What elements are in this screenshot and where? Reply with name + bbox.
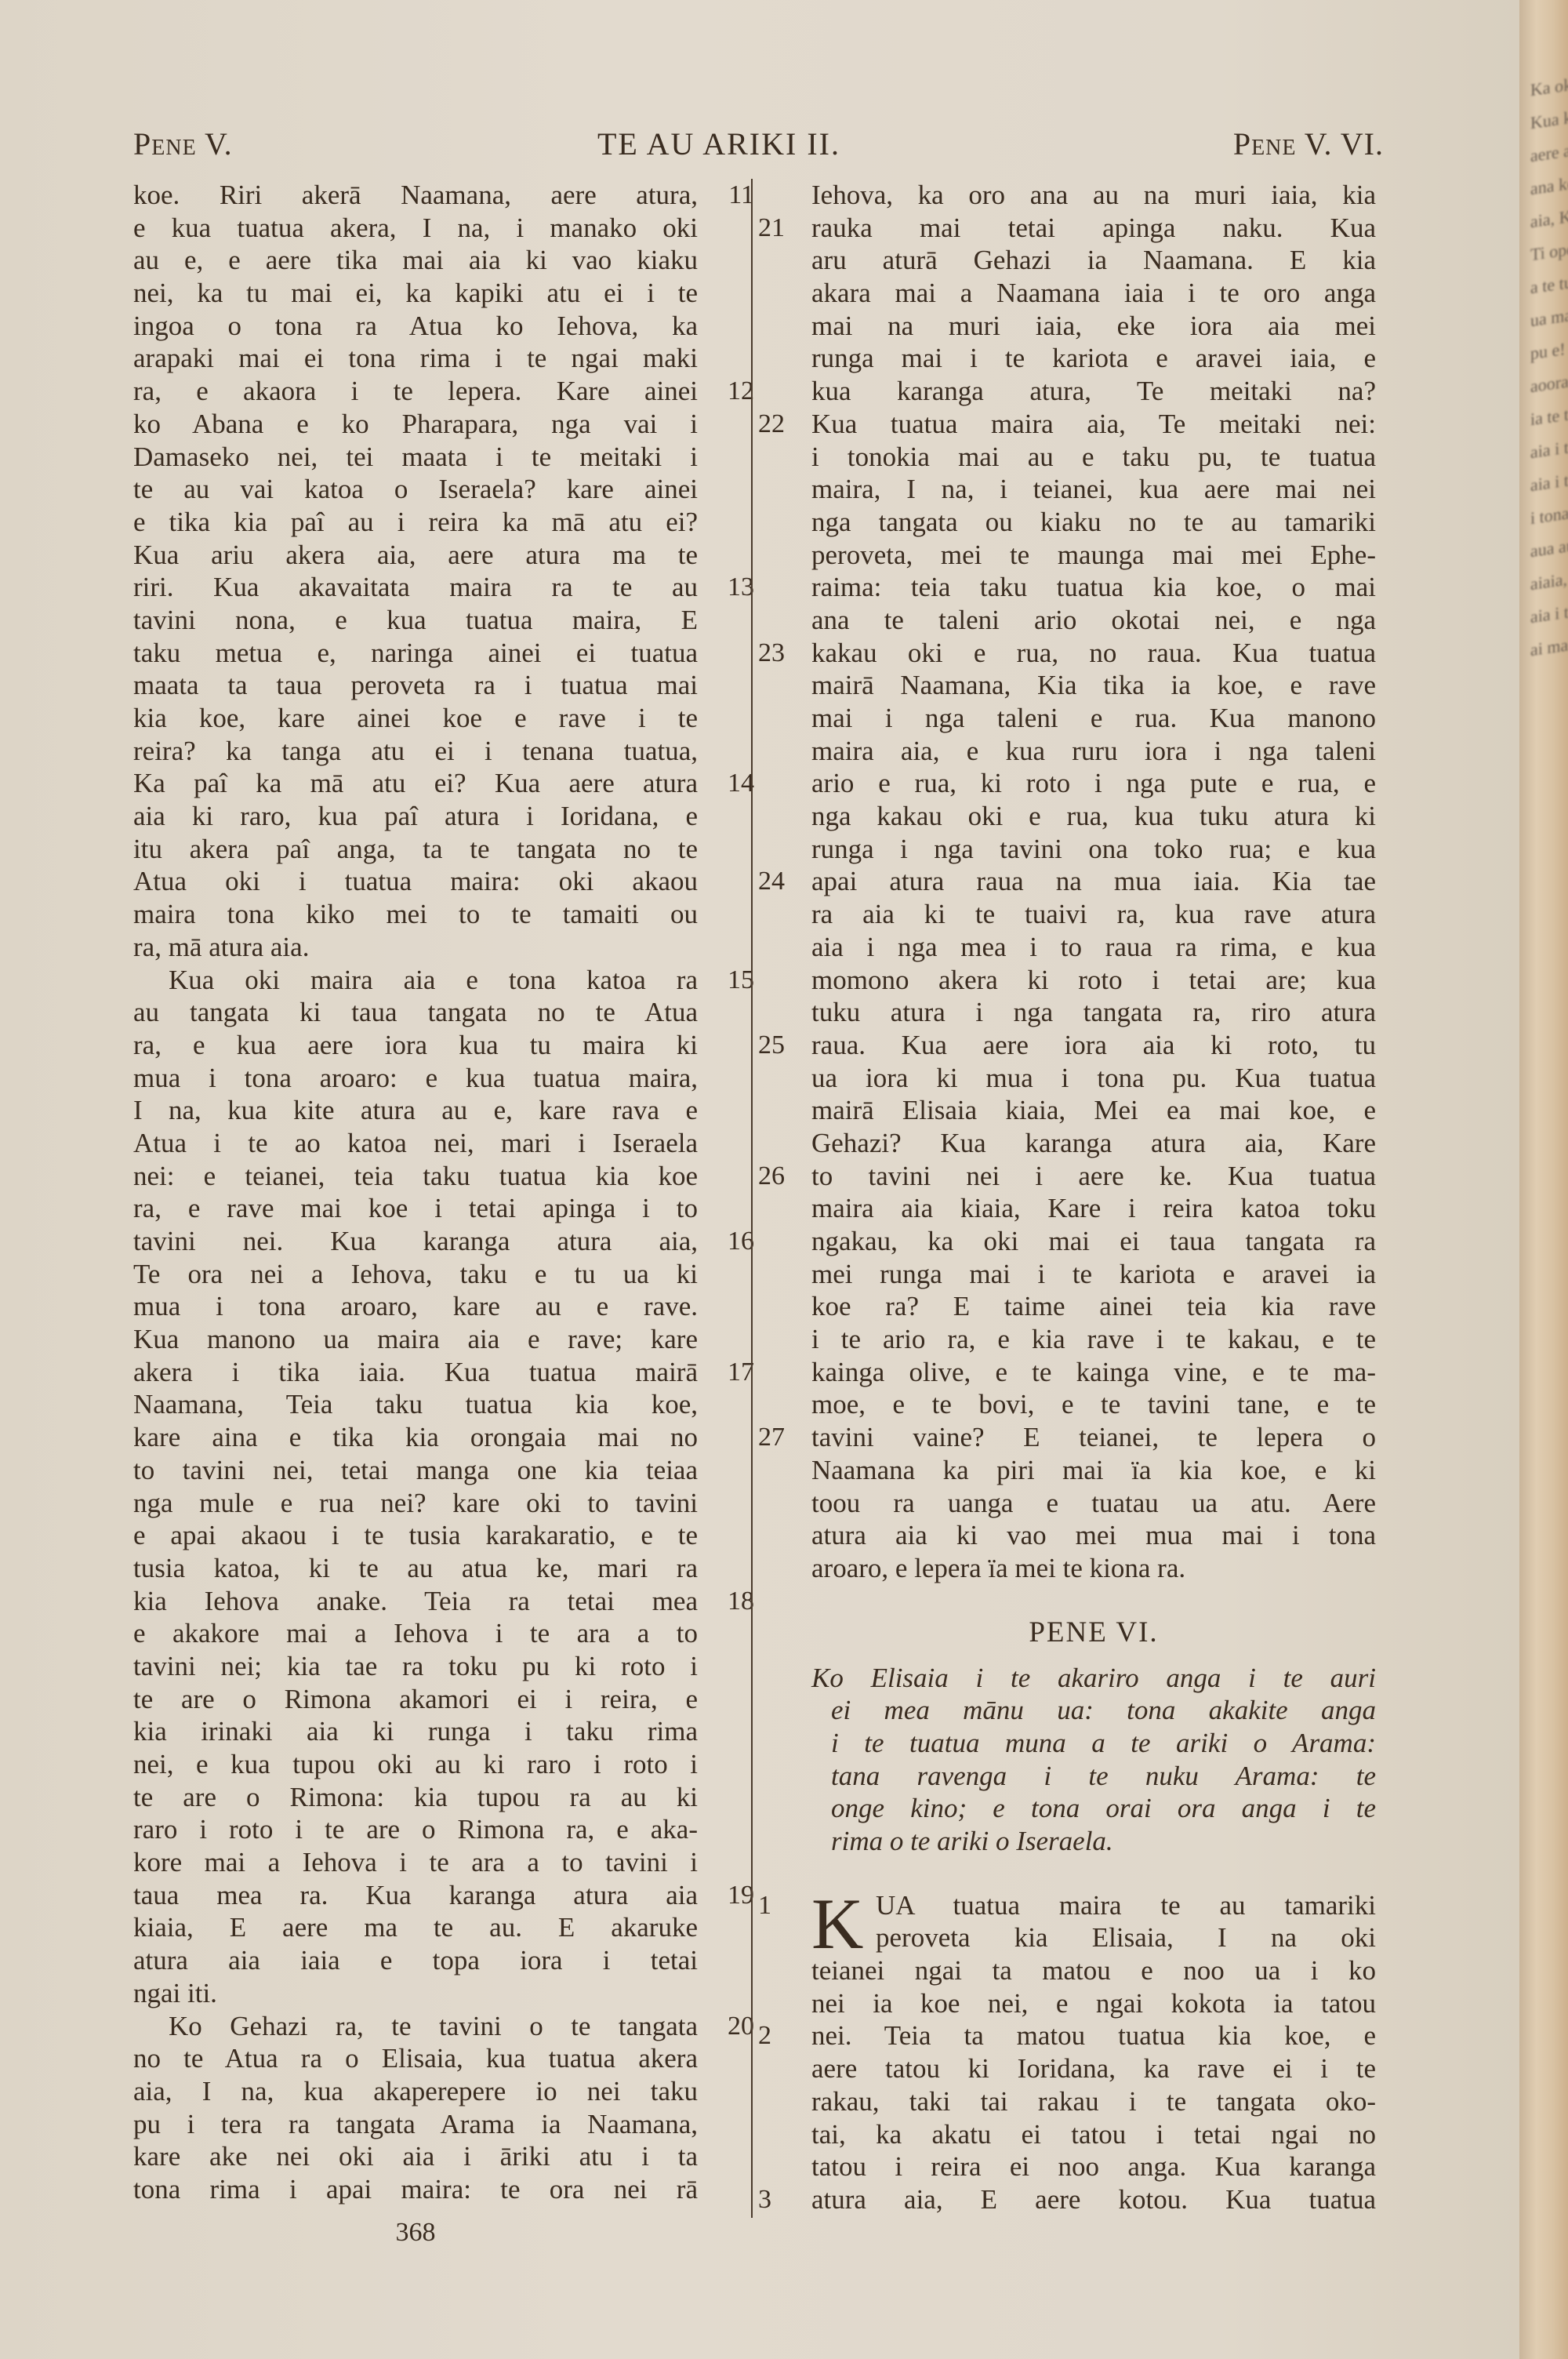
- text-line: kakau oki e rua, no raua. Kua tuatua23: [811, 637, 1376, 670]
- line-text: aru aturā Gehazi ia Naamana. E kia: [811, 245, 1376, 275]
- text-line: nei. Teia ta matou tuatua kia koe, e2: [811, 2019, 1376, 2052]
- text-line: moe, e te bovi, e te tavini tane, e te: [811, 1388, 1376, 1421]
- text-line: ua iora ki mua i tona pu. Kua tuatua: [811, 1062, 1376, 1095]
- text-line: aere tatou ki Ioridana, ka rave ei i te: [811, 2052, 1376, 2085]
- line-text: taua mea ra. Kua karanga atura aia: [133, 1880, 698, 1910]
- verse-number: 13: [728, 571, 754, 604]
- line-text: ana te taleni ario okotai nei, e nga: [811, 605, 1376, 635]
- facing-page-line: aia, Kua t: [1530, 199, 1568, 238]
- line-text: ra, e akaora i te lepera. Kare ainei: [133, 376, 698, 406]
- line-text: riri. Kua akavaitata maira ra te au: [133, 572, 698, 602]
- line-text: runga mai i te kariota e aravei iaia, e: [811, 343, 1376, 373]
- verse-number: 2: [758, 2019, 771, 2052]
- line-text: peroveta kia Elisaia, I na oki: [876, 1922, 1376, 1953]
- line-text: e akakore mai a Iehova i te ara a to: [133, 1618, 698, 1648]
- line-text: tona rima i apai maira: te ora nei rā: [133, 2174, 698, 2205]
- line-text: mua i tona aroaro, kare au e rave.: [133, 1291, 698, 1321]
- text-line: au e, e aere tika mai aia ki vao kiaku: [133, 244, 698, 277]
- text-line: toou ra uanga e tuatau ua atu. Aere: [811, 1487, 1376, 1520]
- line-text: rakau, taki tai rakau i te tangata oko-: [811, 2086, 1376, 2117]
- text-line: tusia katoa, ki te au atua ke, mari ra: [133, 1552, 698, 1585]
- text-line: arapaki mai ei tona rima i te ngai maki: [133, 342, 698, 375]
- text-line: nei, ka tu mai ei, ka kapiki atu ei i te: [133, 277, 698, 310]
- text-line: pu i tera ra tangata Arama ia Naamana,: [133, 2108, 698, 2141]
- line-text: ua iora ki mua i tona pu. Kua tuatua: [811, 1063, 1376, 1093]
- text-line: Naamana, Teia taku tuatua kia koe,: [133, 1388, 698, 1421]
- text-line: ana te taleni ario okotai nei, e nga: [811, 604, 1376, 637]
- text-line: raima: teia taku tuatua kia koe, o mai: [811, 571, 1376, 604]
- text-line: itu akera paî anga, ta te tangata no te: [133, 833, 698, 866]
- text-line: te au vai katoa o Iseraela? kare ainei: [133, 473, 698, 506]
- running-head-left: Pene V.: [133, 125, 233, 162]
- line-text: kare ake nei oki aia i āriki atu i ta: [133, 2141, 698, 2172]
- line-text: koe. Riri akerā Naamana, aere atura,: [133, 180, 698, 210]
- text-line: nei ia koe nei, e ngai kokota ia tatou: [811, 1987, 1376, 2020]
- line-text: Te ora nei a Iehova, taku e tu ua ki: [133, 1259, 698, 1289]
- line-text: i te ario ra, e kia rave i te kakau, e t…: [811, 1324, 1376, 1354]
- text-line: ngai iti.: [133, 1977, 698, 2010]
- line-text: toou ra uanga e tuatau ua atu. Aere: [811, 1488, 1376, 1518]
- facing-page-line: ana kotou: [1530, 166, 1568, 205]
- text-line: UA tuatua maira te au tamariki1: [811, 1889, 1376, 1922]
- text-line: taku metua e, naringa ainei ei tuatua: [133, 637, 698, 670]
- line-text: maira tona kiko mei to te tamaiti ou: [133, 899, 698, 929]
- summary-line: tana ravenga i te nuku Arama: te: [811, 1760, 1376, 1793]
- line-text: koe ra? E taime ainei teia kia rave: [811, 1291, 1376, 1321]
- text-line: mua i tona aroaro, kare au e rave.: [133, 1290, 698, 1323]
- line-text: raro i roto i te are o Rimona ra, e aka-: [133, 1814, 698, 1845]
- text-line: raua. Kua aere iora aia ki roto, tu25: [811, 1029, 1376, 1062]
- line-text: Damaseko nei, tei maata i te meitaki i: [133, 442, 698, 472]
- text-line: apai atura raua na mua iaia. Kia tae24: [811, 865, 1376, 898]
- line-text: Iehova, ka oro ana au na muri iaia, kia: [811, 180, 1376, 210]
- line-text: ra aia ki te tuaivi ra, kua rave atura: [811, 899, 1376, 929]
- line-text: ra, mā atura aia.: [133, 932, 309, 962]
- line-text: te au vai katoa o Iseraela? kare ainei: [133, 474, 698, 504]
- text-line: ra, e akaora i te lepera. Kare ainei12: [133, 375, 698, 408]
- text-line: Te ora nei a Iehova, taku e tu ua ki: [133, 1258, 698, 1291]
- line-text: aia i nga mea i to raua ra rima, e kua: [811, 932, 1376, 962]
- line-text: atura aia ki vao mei mua mai i tona: [811, 1520, 1376, 1550]
- text-line: kainga olive, e te kainga vine, e te ma-: [811, 1356, 1376, 1389]
- text-line: tatou i reira ei noo anga. Kua karanga: [811, 2150, 1376, 2183]
- text-line: kiaia, E aere ma te au. E akaruke: [133, 1911, 698, 1944]
- book-page: Pene V. TE AU ARIKI II. Pene V. VI. koe.…: [0, 0, 1519, 2359]
- text-line: mai i nga taleni e rua. Kua manono: [811, 702, 1376, 735]
- text-line: Ka paî ka mā atu ei? Kua aere atura14: [133, 767, 698, 800]
- line-text: ra, e rave mai koe i tetai apinga i to: [133, 1193, 698, 1223]
- text-line: ra, e rave mai koe i tetai apinga i to: [133, 1192, 698, 1225]
- line-text: i tonokia mai au e taku pu, te tuatua: [811, 442, 1376, 472]
- line-text: tavini nei; kia tae ra toku pu ki roto i: [133, 1651, 698, 1681]
- text-line: tuku atura i nga tangata ra, riro atura: [811, 996, 1376, 1029]
- line-text: Ka paî ka mā atu ei? Kua aere atura: [133, 768, 698, 798]
- text-line: Ko Gehazi ra, te tavini o te tangata20: [133, 2010, 698, 2043]
- line-text: kua karanga atura, Te meitaki na?: [811, 376, 1376, 406]
- text-line: no te Atua ra o Elisaia, kua tuatua aker…: [133, 2042, 698, 2075]
- text-line: Iehova, ka oro ana au na muri iaia, kia: [811, 179, 1376, 212]
- line-text: moe, e te bovi, e te tavini tane, e te: [811, 1389, 1376, 1419]
- facing-page-line: ai maira te: [1530, 627, 1568, 667]
- verse-number: 21: [758, 212, 785, 245]
- text-line: ario e rua, ki roto i nga pute e rua, e: [811, 767, 1376, 800]
- line-text: tai, ka akatu ei tatou i tetai ngai no: [811, 2119, 1376, 2150]
- summary-line: Ko Elisaia i te akariro anga i te auri: [811, 1662, 1376, 1695]
- facing-page-line: pu e! e me: [1530, 331, 1568, 370]
- line-text: atura aia, E aere kotou. Kua tuatua: [811, 2184, 1376, 2215]
- facing-page-line: Ka oka: [1530, 67, 1568, 107]
- line-text: tatou i reira ei noo anga. Kua karanga: [811, 2151, 1376, 2182]
- text-line: e tika kia paî au i reira ka mā atu ei?: [133, 506, 698, 539]
- text-line: Kua tuatua maira aia, Te meitaki nei:22: [811, 408, 1376, 441]
- text-line: kare aina e tika kia orongaia mai no: [133, 1421, 698, 1454]
- text-line: taua mea ra. Kua karanga atura aia19: [133, 1879, 698, 1912]
- text-line: tona rima i apai maira: te ora nei rā: [133, 2173, 698, 2206]
- facing-page-line: aia i tona rima: [1530, 594, 1568, 634]
- line-text: nei, ka tu mai ei, ka kapiki atu ei i te: [133, 278, 698, 308]
- facing-page-line: aoora taua: [1530, 364, 1568, 403]
- text-line: peroveta, mei te maunga mai mei Ephe-: [811, 539, 1376, 572]
- text-line: ko Abana e ko Pharapara, nga vai i: [133, 408, 698, 441]
- text-line: te are o Rimona: kia tupou ra au ki: [133, 1781, 698, 1814]
- line-text: kainga olive, e te kainga vine, e te ma-: [811, 1357, 1376, 1387]
- text-line: raro i roto i te are o Rimona ra, e aka-: [133, 1813, 698, 1846]
- line-text: maira aia, e kua ruru iora i nga taleni: [811, 736, 1376, 766]
- text-line: maira aia, e kua ruru iora i nga taleni: [811, 735, 1376, 768]
- line-text: kia irinaki aia ki runga i taku rima: [133, 1716, 698, 1747]
- line-text: mei runga mai i te kariota e aravei ia: [811, 1259, 1376, 1289]
- running-head-title: TE AU ARIKI II.: [597, 125, 840, 162]
- text-line: aru aturā Gehazi ia Naamana. E kia: [811, 244, 1376, 277]
- text-line: maira, I na, i teianei, kua aere mai nei: [811, 473, 1376, 506]
- verse-number: 15: [728, 964, 754, 997]
- verse-number: 1: [758, 1889, 771, 1922]
- text-line: tavini nei; kia tae ra toku pu ki roto i: [133, 1650, 698, 1683]
- facing-page-line: aia i tetai: [1530, 463, 1568, 502]
- text-line: ngakau, ka oki mai ei taua tangata ra: [811, 1225, 1376, 1258]
- line-text: e tika kia paî au i reira ka mā atu ei?: [133, 507, 698, 537]
- line-text: atura aia iaia e topa iora i tetai: [133, 1945, 698, 1976]
- chapter-heading: PENE VI.: [811, 1616, 1376, 1652]
- line-text: tuku atura i nga tangata ra, riro atura: [811, 997, 1376, 1027]
- line-text: au e, e aere tika mai aia ki vao kiaku: [133, 245, 698, 275]
- line-text: to tavini nei, tetai manga one kia teiaa: [133, 1455, 698, 1485]
- line-text: kore mai a Iehova i te ara a to tavini i: [133, 1847, 698, 1877]
- text-line: koe. Riri akerā Naamana, aere atura,11: [133, 179, 698, 212]
- facing-page-line: aiaia, Ka ra: [1530, 562, 1568, 601]
- text-line: nei: e teianei, teia taku tuatua kia koe: [133, 1160, 698, 1193]
- text-line: tai, ka akatu ei tatou i tetai ngai no: [811, 2118, 1376, 2151]
- text-line: aia ki raro, kua paî atura i Ioridana, e: [133, 800, 698, 833]
- verse-number: 20: [728, 2010, 754, 2043]
- running-head-right: Pene V. VI.: [1233, 125, 1384, 162]
- line-text: ario e rua, ki roto i nga pute e rua, e: [811, 768, 1376, 798]
- verse-number: 23: [758, 637, 785, 670]
- line-text: au tangata ki taua tangata no te Atua: [133, 997, 698, 1027]
- text-line: akera i tika iaia. Kua tuatua mairā17: [133, 1356, 698, 1389]
- facing-page-line: Ti ope ra te: [1530, 232, 1568, 271]
- text-line: e apai akaou i te tusia karakaratio, e t…: [133, 1519, 698, 1552]
- line-text: akera i tika iaia. Kua tuatua mairā: [133, 1357, 698, 1387]
- line-text: taku metua e, naringa ainei ei tuatua: [133, 638, 698, 668]
- right-column: Iehova, ka oro ana au na muri iaia, kiar…: [811, 179, 1376, 2216]
- text-line: tavini nei. Kua karanga atura aia,16: [133, 1225, 698, 1258]
- text-line: peroveta kia Elisaia, I na oki: [811, 1921, 1376, 1954]
- text-line: Kua ariu akera aia, aere atura ma te: [133, 539, 698, 572]
- line-text: raua. Kua aere iora aia ki roto, tu: [811, 1030, 1376, 1060]
- text-line: nga mule e rua nei? kare oki to tavini: [133, 1487, 698, 1520]
- line-text: arapaki mai ei tona rima i te ngai maki: [133, 343, 698, 373]
- text-line: mairā Naamana, Kia tika ia koe, e rave: [811, 669, 1376, 702]
- text-line: koe ra? E taime ainei teia kia rave: [811, 1290, 1376, 1323]
- text-line: Atua i te ao katoa nei, mari i Iseraela: [133, 1127, 698, 1160]
- text-line: to tavini nei i aere ke. Kua tuatua26: [811, 1160, 1376, 1193]
- line-text: Kua ariu akera aia, aere atura ma te: [133, 540, 698, 570]
- line-text: maira aia kiaia, Kare i reira katoa toku: [811, 1193, 1376, 1223]
- text-line: aia i nga mea i to raua ra rima, e kua: [811, 931, 1376, 964]
- verse-number: 16: [728, 1225, 754, 1258]
- line-text: mai i nga taleni e rua. Kua manono: [811, 703, 1376, 733]
- line-text: nei ia koe nei, e ngai kokota ia tatou: [811, 1988, 1376, 2019]
- text-line: Atua oki i tuatua maira: oki akaou: [133, 865, 698, 898]
- text-line: to tavini nei, tetai manga one kia teiaa: [133, 1454, 698, 1487]
- text-line: nei, e kua tupou oki au ki raro i roto i: [133, 1748, 698, 1781]
- line-text: mairā Naamana, Kia tika ia koe, e rave: [811, 670, 1376, 700]
- text-line: i te ario ra, e kia rave i te kakau, e t…: [811, 1323, 1376, 1356]
- line-text: Atua oki i tuatua maira: oki akaou: [133, 866, 698, 896]
- line-text: rauka mai tetai apinga naku. Kua: [811, 213, 1376, 243]
- text-line: ra, mā atura aia.: [133, 931, 698, 964]
- line-text: ingoa o tona ra Atua ko Iehova, ka: [133, 311, 698, 341]
- text-line: aroaro, e lepera ïa mei te kiona ra.: [811, 1552, 1376, 1585]
- text-line: te are o Rimona akamori ei i reira, e: [133, 1683, 698, 1716]
- facing-page-line: ia te topa ang: [1530, 397, 1568, 436]
- text-line: teianei ngai ta matou e noo ua i ko: [811, 1954, 1376, 1987]
- text-line: maira aia kiaia, Kare i reira katoa toku: [811, 1192, 1376, 1225]
- line-text: nga tangata ou kiaku no te au tamariki: [811, 507, 1376, 537]
- line-text: aroaro, e lepera ïa mei te kiona ra.: [811, 1553, 1185, 1583]
- line-text: tavini nona, e kua tuatua maira, E: [133, 605, 698, 635]
- facing-page-line: aua auri ra.: [1530, 529, 1568, 568]
- text-line: mai na muri iaia, eke iora aia mei: [811, 310, 1376, 343]
- text-line: runga mai i te kariota e aravei iaia, e: [811, 342, 1376, 375]
- text-line: i tonokia mai au e taku pu, te tuatua: [811, 441, 1376, 474]
- line-text: Kua oki maira aia e tona katoa ra: [169, 965, 698, 995]
- line-text: I na, kua kite atura au e, kare rava e: [133, 1095, 698, 1125]
- line-text: nei. Teia ta matou tuatua kia koe, e: [811, 2020, 1376, 2051]
- verse-number: 19: [728, 1879, 754, 1912]
- line-text: Naamana, Teia taku tuatua kia koe,: [133, 1389, 698, 1419]
- line-text: peroveta, mei te maunga mai mei Ephe-: [811, 540, 1376, 570]
- text-line: nga tangata ou kiaku no te au tamariki: [811, 506, 1376, 539]
- text-line: kia irinaki aia ki runga i taku rima: [133, 1715, 698, 1748]
- line-text: mai na muri iaia, eke iora aia mei: [811, 311, 1376, 341]
- line-text: to tavini nei i aere ke. Kua tuatua: [811, 1161, 1376, 1191]
- line-text: reira? ka tanga atu ei i tenana tuatua,: [133, 736, 698, 766]
- line-text: kare aina e tika kia orongaia mai no: [133, 1422, 698, 1452]
- text-line: mairā Elisaia kiaia, Mei ea mai koe, e: [811, 1094, 1376, 1127]
- line-text: e kua tuatua akera, I na, i manako oki: [133, 213, 698, 243]
- summary-line: i te tuatua muna a te ariki o Arama:: [811, 1727, 1376, 1760]
- line-text: nga kakau oki e rua, kua tuku atura ki: [811, 801, 1376, 831]
- line-text: kiaia, E aere ma te au. E akaruke: [133, 1912, 698, 1943]
- facing-page-edge: Ka okaKua karaere au.ana kotouaia, Kua t…: [1519, 0, 1568, 2359]
- text-line: rakau, taki tai rakau i te tangata oko-: [811, 2085, 1376, 2118]
- facing-page-line: ua maira,: [1530, 298, 1568, 337]
- text-line: mua i tona aroaro: e kua tuatua maira,: [133, 1062, 698, 1095]
- line-text: e apai akaou i te tusia karakaratio, e t…: [133, 1520, 698, 1550]
- line-text: mua i tona aroaro: e kua tuatua maira,: [133, 1063, 698, 1093]
- line-text: tusia katoa, ki te au atua ke, mari ra: [133, 1553, 698, 1583]
- text-line: atura aia ki vao mei mua mai i tona: [811, 1519, 1376, 1552]
- line-text: Kua manono ua maira aia e rave; kare: [133, 1324, 698, 1354]
- line-text: pu i tera ra tangata Arama ia Naamana,: [133, 2109, 698, 2139]
- verse-number: 27: [758, 1421, 785, 1454]
- text-line: maira tona kiko mei to te tamaiti ou: [133, 898, 698, 931]
- text-line: maata ta taua peroveta ra i tuatua mai: [133, 669, 698, 702]
- verse-number: 14: [728, 767, 754, 800]
- text-line: reira? ka tanga atu ei i tenana tuatua,: [133, 735, 698, 768]
- verse-number: 26: [758, 1160, 785, 1193]
- line-text: te are o Rimona akamori ei i reira, e: [133, 1684, 698, 1714]
- verse-number: 12: [728, 375, 754, 408]
- chapter-summary: Ko Elisaia i te akariro anga i te auriei…: [811, 1662, 1376, 1858]
- verse-number: 24: [758, 865, 785, 898]
- line-text: Gehazi? Kua karanga atura aia, Kare: [811, 1128, 1376, 1158]
- summary-line: onge kino; e tona orai ora anga i te: [811, 1792, 1376, 1825]
- text-line: e kua tuatua akera, I na, i manako oki: [133, 212, 698, 245]
- text-line: ra aia ki te tuaivi ra, kua rave atura: [811, 898, 1376, 931]
- page-number: 368: [0, 2218, 831, 2248]
- line-text: Naamana ka piri mai ïa kia koe, e ki: [811, 1455, 1376, 1485]
- text-line: Naamana ka piri mai ïa kia koe, e ki: [811, 1454, 1376, 1487]
- text-line: Kua manono ua maira aia e rave; kare: [133, 1323, 698, 1356]
- text-line: Damaseko nei, tei maata i te meitaki i: [133, 441, 698, 474]
- text-line: I na, kua kite atura au e, kare rava e: [133, 1094, 698, 1127]
- line-text: aia ki raro, kua paî atura i Ioridana, e: [133, 801, 698, 831]
- left-column: koe. Riri akerā Naamana, aere atura,11e …: [133, 179, 698, 2206]
- line-text: nga mule e rua nei? kare oki to tavini: [133, 1488, 698, 1518]
- line-text: maira, I na, i teianei, kua aere mai nei: [811, 474, 1376, 504]
- line-text: ko Abana e ko Pharapara, nga vai i: [133, 409, 698, 439]
- line-text: te are o Rimona: kia tupou ra au ki: [133, 1782, 698, 1812]
- line-text: kakau oki e rua, no raua. Kua tuatua: [811, 638, 1376, 668]
- line-text: Ko Gehazi ra, te tavini o te tangata: [169, 2011, 698, 2041]
- line-text: tavini vaine? E teianei, te lepera o: [811, 1422, 1376, 1452]
- line-text: aere tatou ki Ioridana, ka rave ei i te: [811, 2053, 1376, 2084]
- text-line: runga i nga tavini ona toko rua; e kua: [811, 833, 1376, 866]
- facing-page-line: aere au.: [1530, 133, 1568, 173]
- verse-number: 17: [728, 1356, 754, 1389]
- line-text: aia, I na, kua akaperepere io nei taku: [133, 2076, 698, 2106]
- facing-page-line: a te tupuae: [1530, 265, 1568, 304]
- line-text: Kua tuatua maira aia, Te meitaki nei:: [811, 409, 1376, 439]
- facing-page-line: aia i tana: [1530, 430, 1568, 469]
- text-line: atura aia, E aere kotou. Kua tuatua3: [811, 2183, 1376, 2216]
- facing-page-line: Kua kar: [1530, 100, 1568, 140]
- line-text: momono akera ki roto i tetai are; kua: [811, 965, 1376, 995]
- line-text: mairā Elisaia kiaia, Mei ea mai koe, e: [811, 1095, 1376, 1125]
- text-line: kare ake nei oki aia i āriki atu i ta: [133, 2140, 698, 2173]
- text-line: kia Iehova anake. Teia ra tetai mea18: [133, 1585, 698, 1618]
- verse-number: 3: [758, 2183, 771, 2216]
- verse-number: 18: [728, 1585, 754, 1618]
- line-text: tavini nei. Kua karanga atura aia,: [133, 1226, 698, 1256]
- text-line: kua karanga atura, Te meitaki na?: [811, 375, 1376, 408]
- text-line: tavini nona, e kua tuatua maira, E: [133, 604, 698, 637]
- text-line: Kua oki maira aia e tona katoa ra15: [133, 964, 698, 997]
- line-text: Atua i te ao katoa nei, mari i Iseraela: [133, 1128, 698, 1158]
- text-line: ra, e kua aere iora kua tu maira ki: [133, 1029, 698, 1062]
- text-line: nga kakau oki e rua, kua tuku atura ki: [811, 800, 1376, 833]
- line-text: ngakau, ka oki mai ei taua tangata ra: [811, 1226, 1376, 1256]
- text-line: au tangata ki taua tangata no te Atua: [133, 996, 698, 1029]
- text-line: Gehazi? Kua karanga atura aia, Kare: [811, 1127, 1376, 1160]
- line-text: maata ta taua peroveta ra i tuatua mai: [133, 670, 698, 700]
- text-line: akara mai a Naamana iaia i te oro anga: [811, 277, 1376, 310]
- summary-line: rima o te ariki o Iseraela.: [811, 1825, 1376, 1858]
- text-line: kore mai a Iehova i te ara a to tavini i: [133, 1846, 698, 1879]
- line-text: akara mai a Naamana iaia i te oro anga: [811, 278, 1376, 308]
- text-line: tavini vaine? E teianei, te lepera o27: [811, 1421, 1376, 1454]
- line-text: nei: e teianei, teia taku tuatua kia koe: [133, 1161, 698, 1191]
- line-text: kia koe, kare ainei koe e rave i te: [133, 703, 698, 733]
- text-line: kia koe, kare ainei koe e rave i te: [133, 702, 698, 735]
- line-text: nei, e kua tupou oki au ki raro i roto i: [133, 1749, 698, 1779]
- line-text: ra, e kua aere iora kua tu maira ki: [133, 1030, 698, 1060]
- line-text: itu akera paî anga, ta te tangata no te: [133, 834, 698, 864]
- running-head: Pene V. TE AU ARIKI II. Pene V. VI.: [133, 125, 1384, 165]
- line-text: UA tuatua maira te au tamariki: [876, 1890, 1376, 1921]
- line-text: teianei ngai ta matou e noo ua i ko: [811, 1955, 1376, 1986]
- line-text: no te Atua ra o Elisaia, kua tuatua aker…: [133, 2043, 698, 2074]
- text-line: aia, I na, kua akaperepere io nei taku: [133, 2075, 698, 2108]
- verse-number: 22: [758, 408, 785, 441]
- column-divider: [751, 179, 753, 2218]
- text-line: ingoa o tona ra Atua ko Iehova, ka: [133, 310, 698, 343]
- summary-line: ei mea mānu ua: tona akakite anga: [811, 1694, 1376, 1727]
- facing-page-line: i tona ngai: [1530, 496, 1568, 535]
- facing-page-text: Ka okaKua karaere au.ana kotouaia, Kua t…: [1530, 71, 1568, 663]
- line-text: raima: teia taku tuatua kia koe, o mai: [811, 572, 1376, 602]
- text-line: atura aia iaia e topa iora i tetai: [133, 1944, 698, 1977]
- line-text: ngai iti.: [133, 1978, 217, 2008]
- text-line: rauka mai tetai apinga naku. Kua21: [811, 212, 1376, 245]
- line-text: kia Iehova anake. Teia ra tetai mea: [133, 1586, 698, 1616]
- text-line: e akakore mai a Iehova i te ara a to: [133, 1617, 698, 1650]
- text-line: riri. Kua akavaitata maira ra te au13: [133, 571, 698, 604]
- text-line: mei runga mai i te kariota e aravei ia: [811, 1258, 1376, 1291]
- line-text: runga i nga tavini ona toko rua; e kua: [811, 834, 1376, 864]
- verse-number: 25: [758, 1029, 785, 1062]
- line-text: apai atura raua na mua iaia. Kia tae: [811, 866, 1376, 896]
- chapter-vi-text: K UA tuatua maira te au tamariki1perovet…: [811, 1889, 1376, 2216]
- text-line: momono akera ki roto i tetai are; kua: [811, 964, 1376, 997]
